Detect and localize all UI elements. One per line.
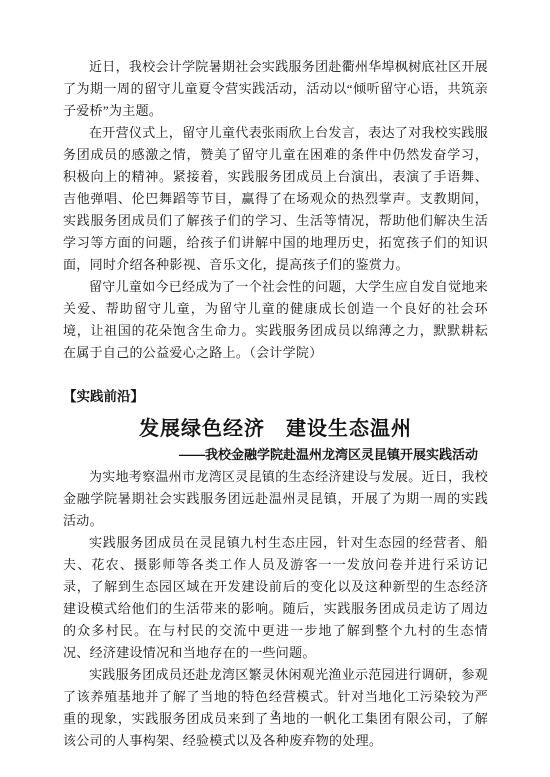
article2-subtitle: ——我校金融学院赴温州龙湾区灵昆镇开展实践活动 xyxy=(63,444,488,466)
article1-paragraph-3: 留守儿童如今已经成为了一个社会性的问题，大学生应自发自觉地来关爱、帮助留守儿童，… xyxy=(63,276,488,364)
section-header: 【实践前沿】 xyxy=(63,386,488,408)
page-content: 近日，我校会计学院暑期社会实践服务团赴衢州华埠枫树底社区开展了为期一周的留守儿童… xyxy=(63,56,488,752)
document-page: 近日，我校会计学院暑期社会实践服务团赴衢州华埠枫树底社区开展了为期一周的留守儿童… xyxy=(0,0,550,777)
article2-title: 发展绿色经济 建设生态温州 xyxy=(63,414,488,444)
article2-paragraph-1: 为实地考察温州市龙湾区灵昆镇的生态经济建设与发展。近日，我校金融学院暑期社会实践… xyxy=(63,466,488,532)
article1-paragraph-1: 近日，我校会计学院暑期社会实践服务团赴衢州华埠枫树底社区开展了为期一周的留守儿童… xyxy=(63,56,488,122)
article1-paragraph-2: 在开营仪式上，留守儿童代表张雨欣上台发言，表达了对我校实践服务团成员的感激之情，… xyxy=(63,122,488,276)
article2-paragraph-2: 实践服务团成员在灵昆镇九村生态庄园，针对生态园的经营者、船夫、花农、摄影师等各类… xyxy=(63,532,488,664)
page-number: 2 xyxy=(0,704,550,726)
